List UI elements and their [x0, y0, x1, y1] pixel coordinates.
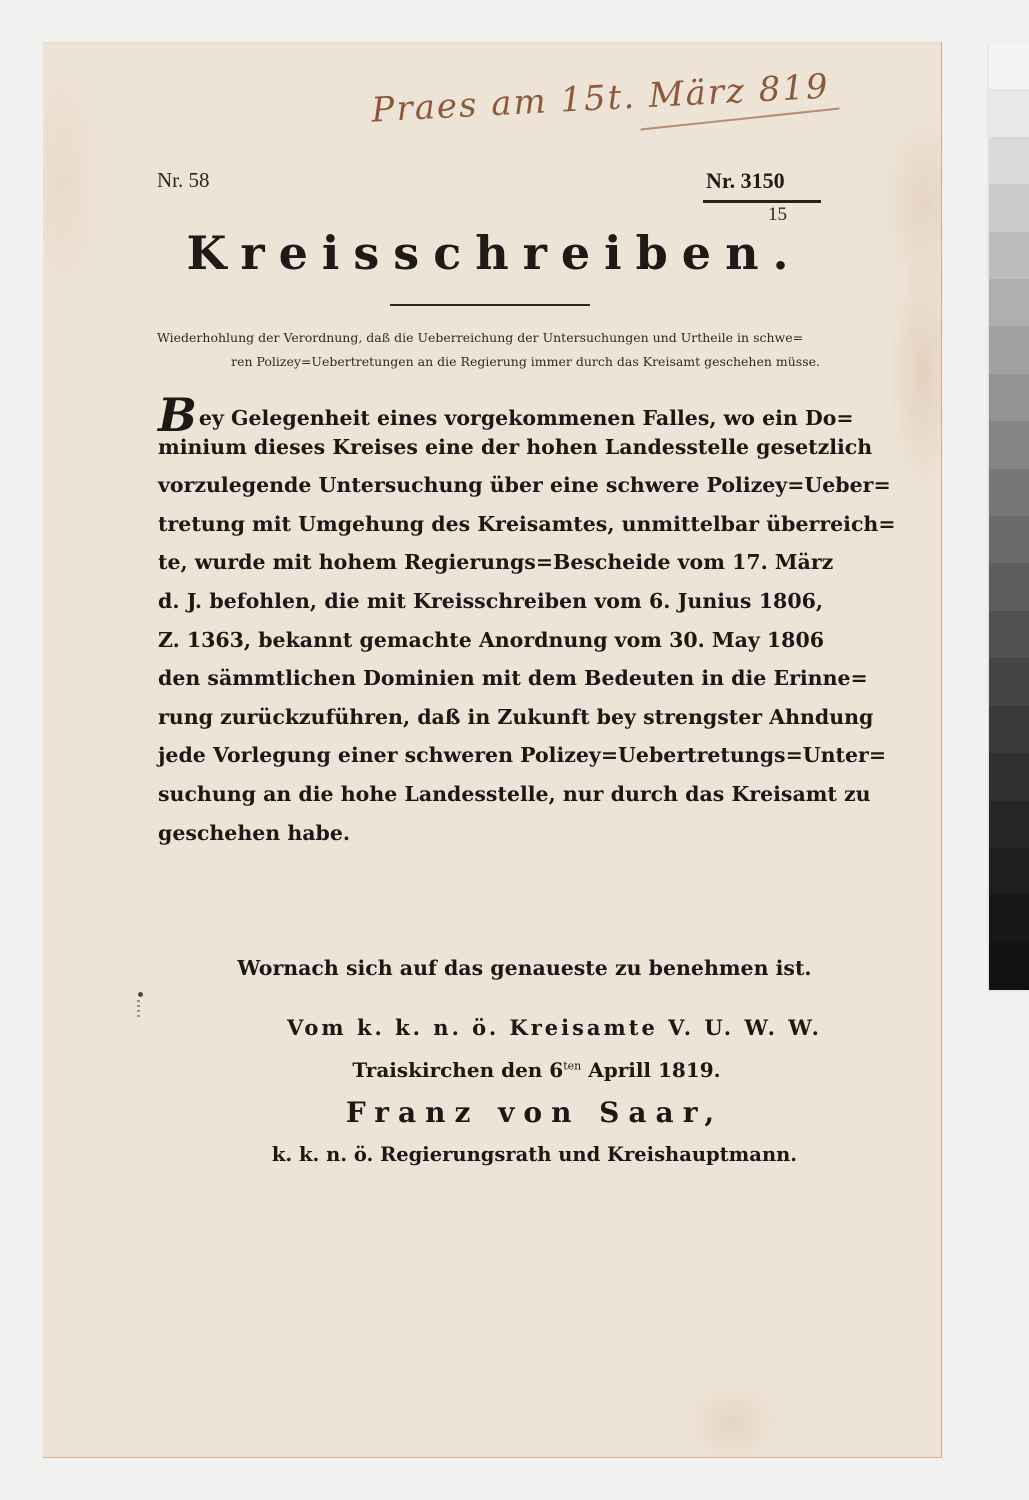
- gray-step: [989, 232, 1029, 279]
- gray-step: [989, 516, 1029, 563]
- gray-step: [989, 42, 1029, 89]
- body-line: rung zurückzuführen, daß in Zukunft bey …: [158, 705, 823, 744]
- paper-stain-trail: [137, 1000, 140, 1020]
- body-line: suchung an die hohe Landesstelle, nur du…: [158, 782, 823, 821]
- gray-step: [989, 848, 1029, 895]
- gray-step: [989, 706, 1029, 753]
- signer-title: k. k. n. ö. Regierungsrath und Kreishaup…: [0, 1143, 1029, 1166]
- grayscale-calibration-strip: [989, 42, 1029, 990]
- title-text: Kreisschreiben.: [186, 226, 802, 280]
- gray-step: [989, 326, 1029, 373]
- signer-name: Franz von Saar,: [0, 1096, 1029, 1129]
- paper-stain: [138, 992, 143, 997]
- gray-step: [989, 374, 1029, 421]
- issuing-office: Vom k. k. n. ö. Kreisamte V. U. W. W.: [0, 1015, 1029, 1040]
- body-line: d. J. befohlen, die mit Kreisschreiben v…: [158, 589, 823, 628]
- closing-sentence: Wornach sich auf das genaueste zu benehm…: [0, 956, 1029, 980]
- body-line: te, wurde mit hohem Regierungs=Bescheide…: [158, 550, 823, 589]
- body-line: Bey Gelegenheit eines vorgekommenen Fall…: [158, 396, 823, 435]
- body-line: minium dieses Kreises eine der hohen Lan…: [158, 435, 823, 474]
- place-date: Traiskirchen den 6ten Aprill 1819.: [0, 1058, 1029, 1082]
- gray-step: [989, 279, 1029, 326]
- body-line: tretung mit Umgehung des Kreisamtes, unm…: [158, 512, 823, 551]
- body-text: Bey Gelegenheit eines vorgekommenen Fall…: [158, 396, 823, 859]
- gray-step: [989, 611, 1029, 658]
- body-line: jede Vorlegung einer schweren Polizey=Ue…: [158, 743, 823, 782]
- gray-step: [989, 137, 1029, 184]
- gray-step: [989, 421, 1029, 468]
- document-number-left: Nr. 58: [157, 168, 210, 193]
- gray-step: [989, 943, 1029, 990]
- gray-step: [989, 563, 1029, 610]
- body-line: den sämmtlichen Dominien mit dem Bedeute…: [158, 666, 823, 705]
- subtitle-line-1: Wiederhohlung der Verordnung, daß die Ue…: [157, 330, 820, 345]
- gray-step: [989, 753, 1029, 800]
- gray-step: [989, 658, 1029, 705]
- subtitle-line-2: ren Polizey=Uebertretungen an die Regier…: [218, 354, 820, 369]
- gray-step: [989, 184, 1029, 231]
- body-line: vorzulegende Untersuchung über eine schw…: [158, 473, 823, 512]
- title-divider: [390, 304, 590, 306]
- document-title: Kreisschreiben.: [0, 226, 1029, 280]
- body-line: Z. 1363, bekannt gemachte Anordnung vom …: [158, 628, 823, 667]
- gray-step: [989, 89, 1029, 136]
- body-line: geschehen habe.: [158, 821, 823, 860]
- gray-step: [989, 469, 1029, 516]
- document-number-right: Nr. 3150: [706, 168, 785, 194]
- gray-step: [989, 801, 1029, 848]
- gray-step: [989, 895, 1029, 942]
- document-number-sub: 15: [768, 204, 787, 226]
- number-rule: [703, 200, 821, 203]
